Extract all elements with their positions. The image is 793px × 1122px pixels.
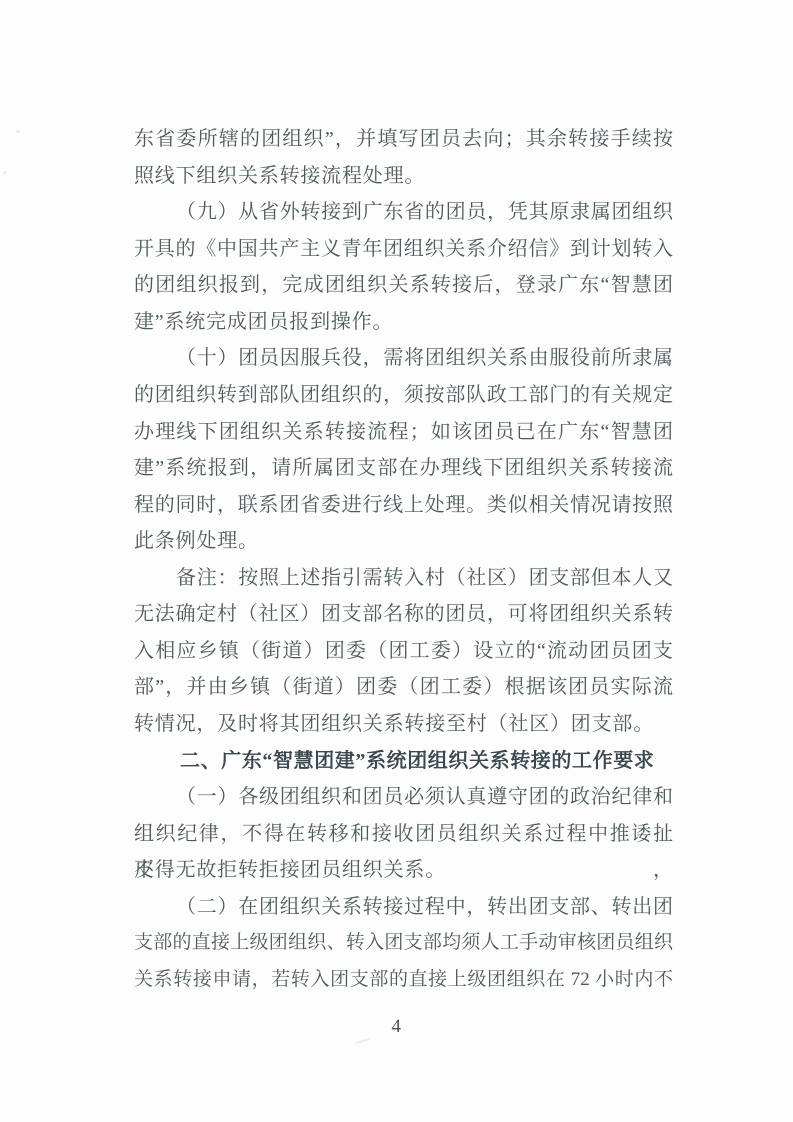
text-line: 程的同时，联系团省委进行线上处理。类似相关情况请按照 [134,487,673,524]
text-line: 开具的《中国共产主义青年团组织关系介绍信》到计划转入 [134,231,673,268]
section-heading: 二、广东“智慧团建”系统团组织关系转接的工作要求 [134,743,673,780]
document-page: 东省委所辖的团组织”，并填写团员去向；其余转接手续按 照线下组织关系转接流程处理… [0,0,793,1122]
text-line: 部”，并由乡镇（街道）团委（团工委）根据该团员实际流 [134,669,673,706]
scan-artifact [16,130,20,133]
text-line: 照线下组织关系转接流程处理。 [134,158,673,195]
text-line: 建”系统完成团员报到操作。 [134,304,673,341]
text-line: （十）团员因服兵役，需将团组织关系由服役前所隶属 [134,340,673,377]
text-line: 备注：按照上述指引需转入村（社区）团支部但本人又 [134,560,673,597]
text-line: 无法确定村（社区）团支部名称的团员，可将团组织关系转 [134,596,673,633]
text-line: （一）各级团组织和团员必须认真遵守团的政治纪律和 [134,779,673,816]
text-line: 转情况，及时将其团组织关系转接至村（社区）团支部。 [134,706,673,743]
text-line: 办理线下团组织关系转接流程；如该团员已在广东“智慧团 [134,414,673,451]
text-line: 的团组织报到，完成团组织关系转接后，登录广东“智慧团 [134,267,673,304]
document-body: 东省委所辖的团组织”，并填写团员去向；其余转接手续按 照线下组织关系转接流程处理… [134,121,673,999]
text-line: （九）从省外转接到广东省的团员，凭其原隶属团组织 [134,194,673,231]
text-line: 入相应乡镇（街道）团委（团工委）设立的“流动团员团支 [134,633,673,670]
scan-artifact [355,1038,370,1045]
page-number: 4 [0,1016,793,1038]
text-line: 建”系统报到，请所属团支部在办理线下团组织关系转接流 [134,450,673,487]
text-line: 此条例处理。 [134,523,673,560]
text-line: 关系转接申请，若转入团支部的直接上级团组织在 72 小时内不 [134,962,673,999]
text-line: 东省委所辖的团组织”，并填写团员去向；其余转接手续按 [134,121,673,158]
text-line: 支部的直接上级团组织、转入团支部均须人工手动审核团员组织 [134,925,673,962]
text-line: 组织纪律，不得在转移和接收团员组织关系过程中推诿扯皮， [134,816,673,853]
text-line: 的团组织转到部队团组织的，须按部队政工部门的有关规定 [134,377,673,414]
scan-artifact [3,171,6,174]
text-line: （二）在团组织关系转接过程中，转出团支部、转出团 [134,889,673,926]
